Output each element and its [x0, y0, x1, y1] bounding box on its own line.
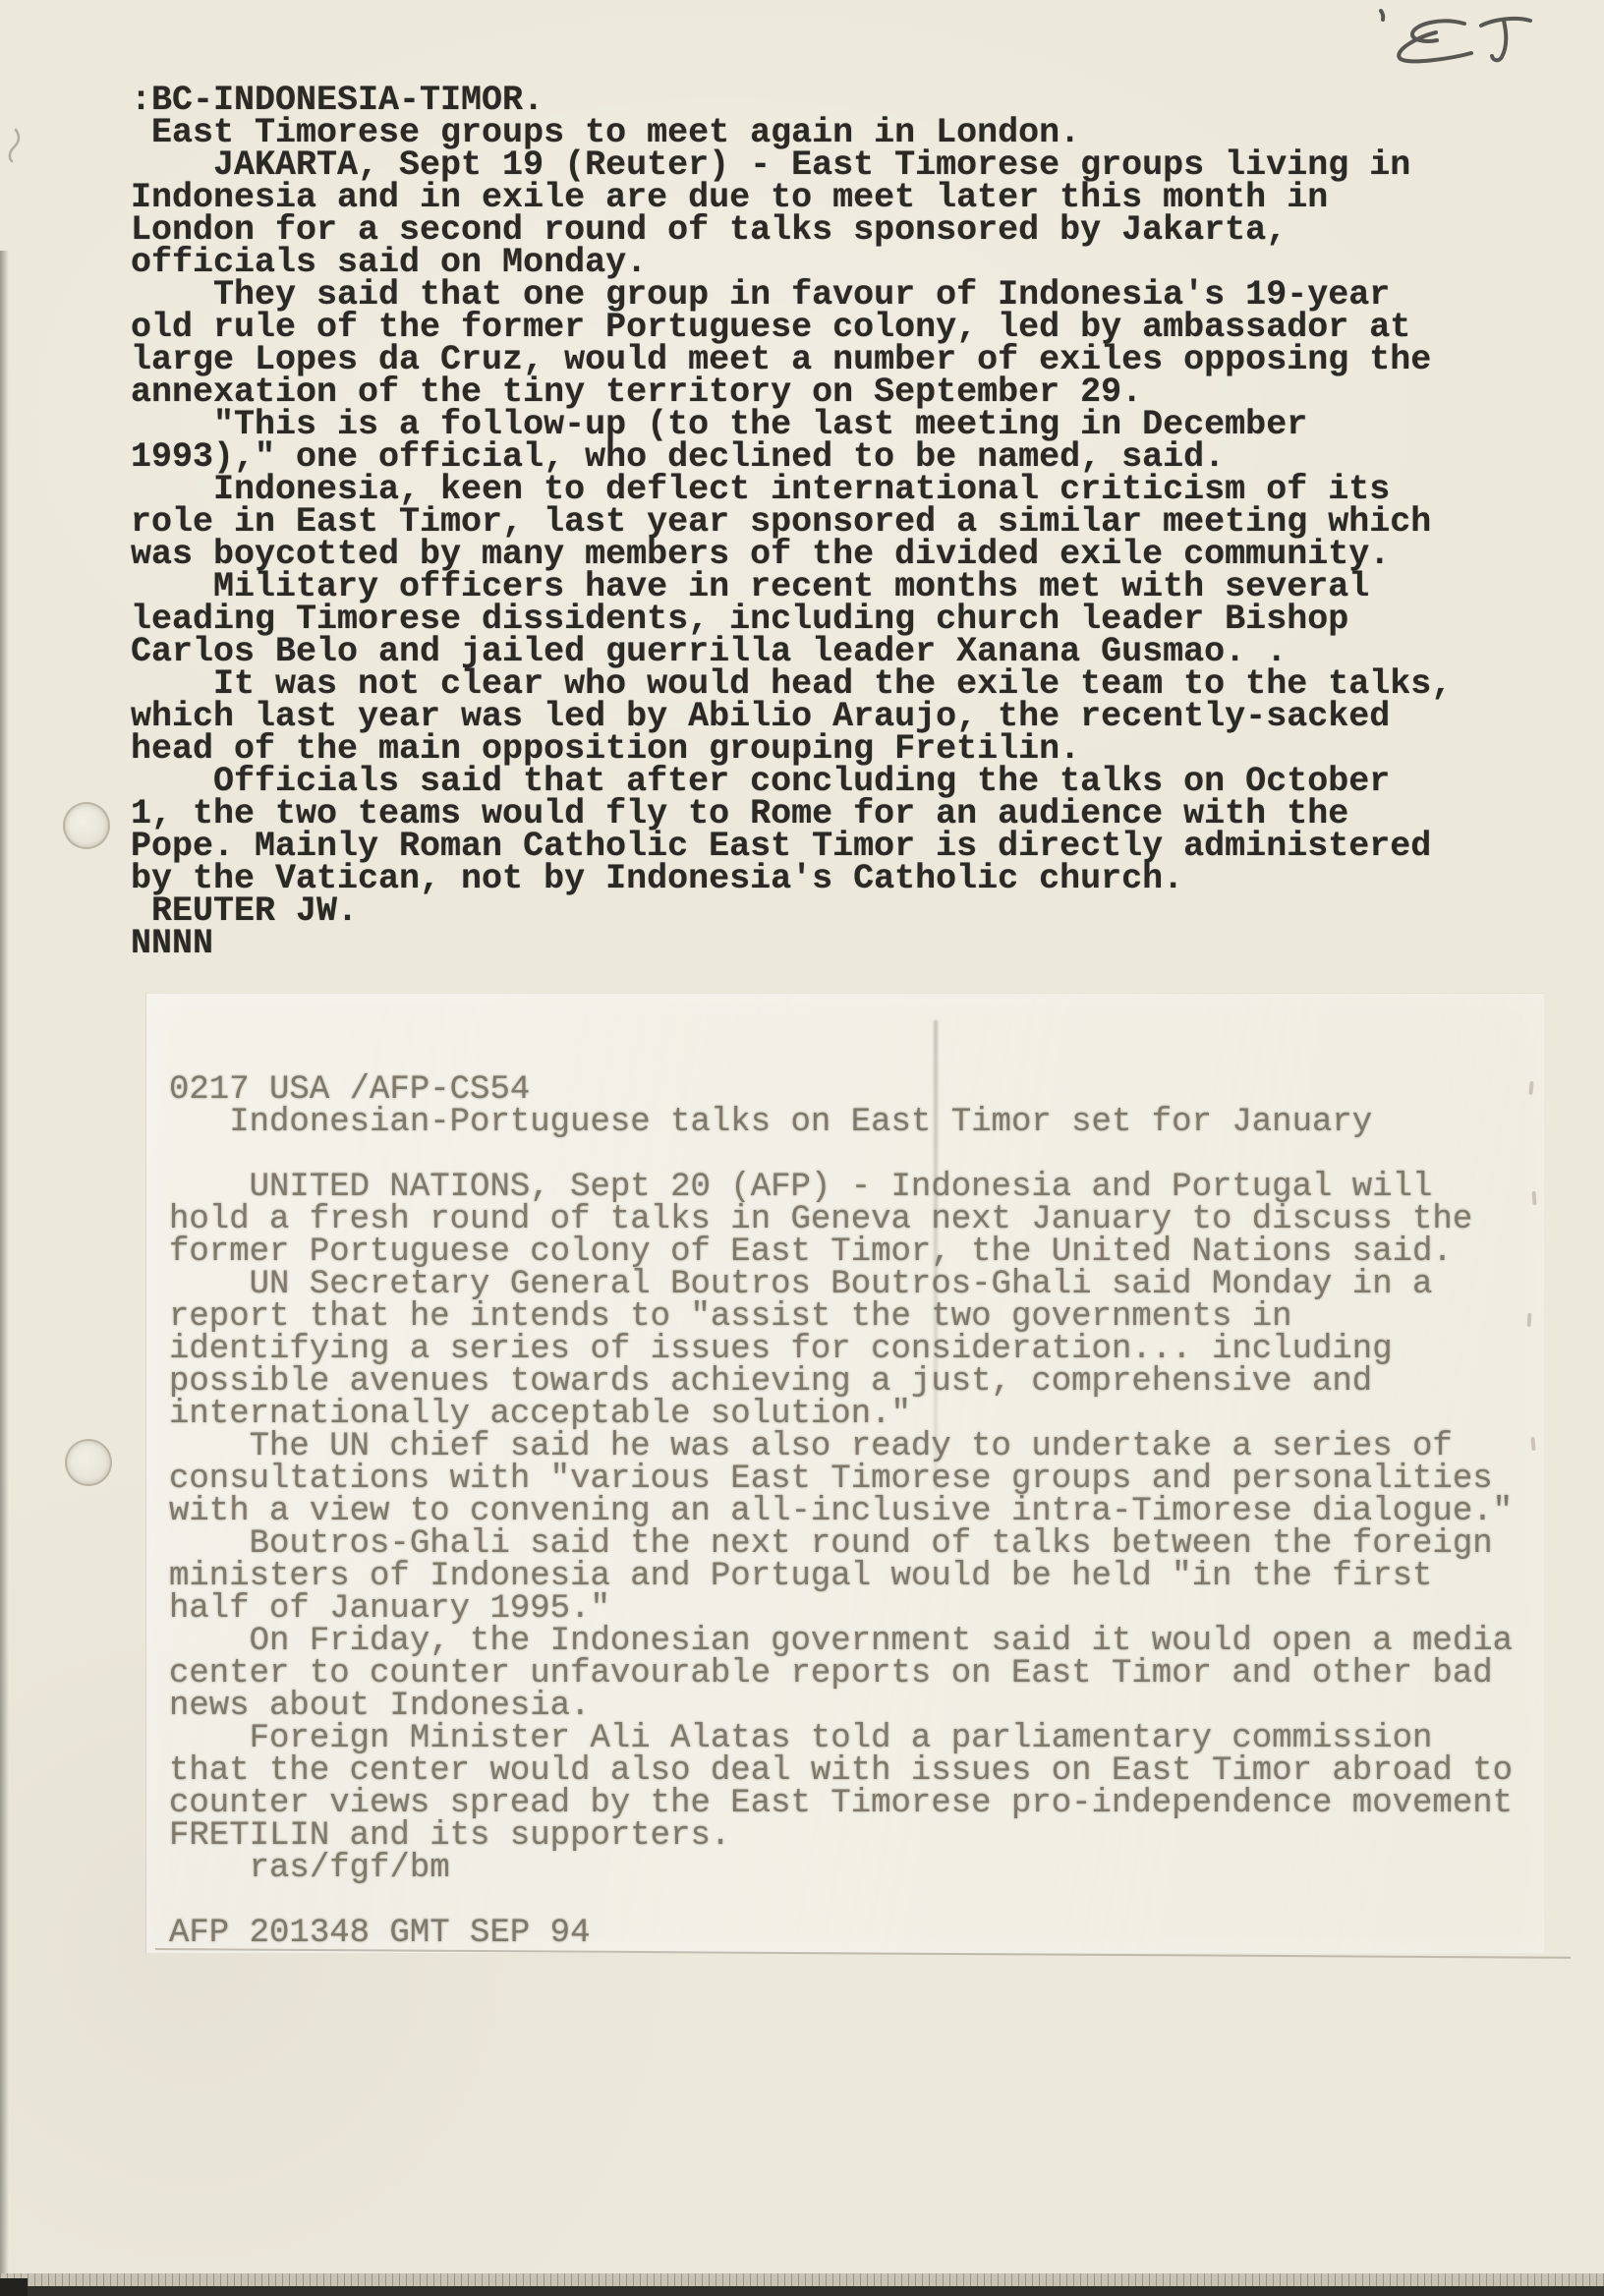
letter-t-stem-stroke — [1492, 21, 1506, 60]
scan-bottom-edge — [0, 2286, 1604, 2296]
pen-mark-icon — [1381, 11, 1383, 20]
reuters-article-text: :BC-INDONESIA-TIMOR. East Timorese group… — [131, 85, 1452, 960]
stray-mark — [2, 124, 31, 173]
afp-article-text: 0217 USA /AFP-CS54 Indonesian-Portuguese… — [169, 1074, 1513, 1950]
scanned-page: :BC-INDONESIA-TIMOR. East Timorese group… — [0, 0, 1604, 2296]
letter-e-stroke — [1399, 32, 1471, 61]
photocopy-edge-artifact — [1527, 1313, 1532, 1327]
hole-punch-top — [63, 802, 110, 849]
scan-left-edge — [0, 251, 9, 2295]
hole-punch-bottom — [65, 1439, 112, 1486]
handwritten-et-annotation — [1371, 2, 1558, 95]
scan-bottom-corner — [0, 2278, 28, 2296]
